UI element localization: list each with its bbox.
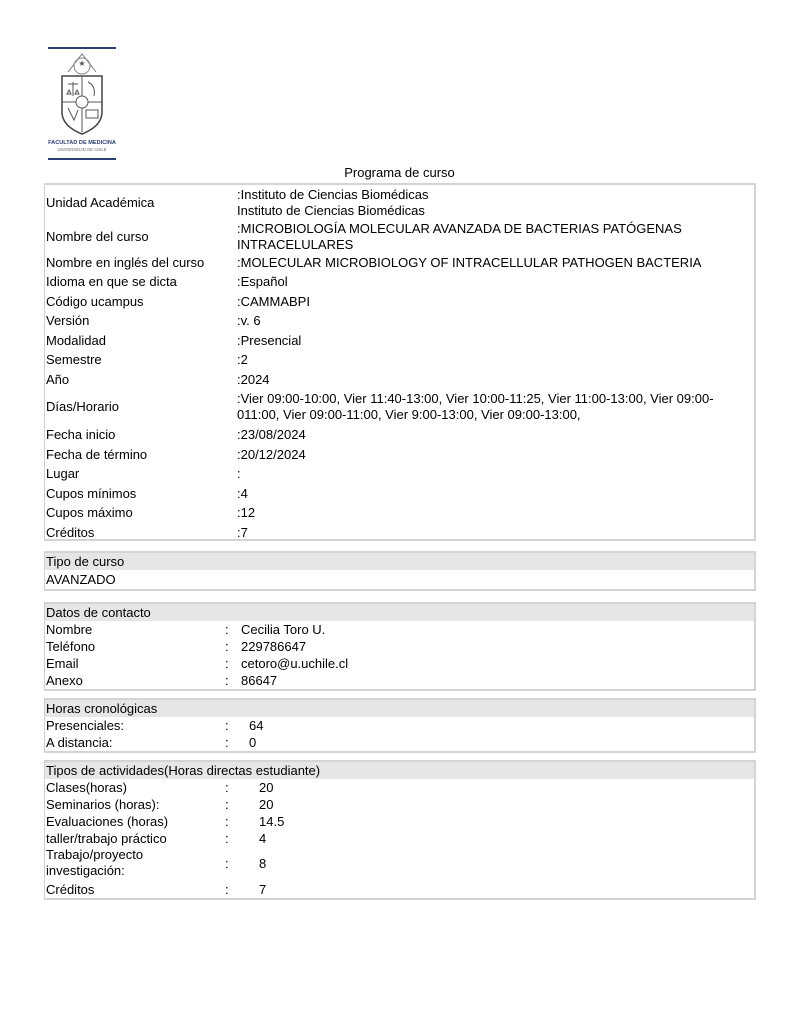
section-header: Horas cronológicas	[45, 700, 754, 717]
info-value: :7	[237, 525, 748, 541]
info-value: :CAMMABPI	[237, 294, 748, 310]
info-value: :Instituto de Ciencias BiomédicasInstitu…	[237, 187, 748, 219]
info-label: Nombre del curso	[46, 229, 149, 245]
section-header: Datos de contacto	[45, 604, 754, 621]
info-label: Fecha inicio	[46, 427, 115, 443]
activities-section: Tipos de actividades(Horas directas estu…	[44, 760, 756, 900]
kv-row: Teléfono:229786647	[45, 638, 754, 655]
info-value-line: :Vier 09:00-10:00, Vier 11:40-13:00, Vie…	[237, 391, 748, 407]
kv-label: A distancia:	[46, 734, 113, 751]
info-value-line: :	[237, 466, 748, 482]
kv-row: taller/trabajo práctico:4	[45, 830, 754, 847]
kv-separator: :	[225, 672, 229, 689]
info-label: Nombre en inglés del curso	[46, 255, 204, 271]
kv-label: Evaluaciones (horas)	[46, 813, 168, 830]
info-label: Lugar	[46, 466, 79, 482]
kv-value: 20	[259, 796, 273, 813]
info-value: :2024	[237, 372, 748, 388]
info-value-line: Instituto de Ciencias Biomédicas	[237, 203, 748, 219]
kv-row: Presenciales::64	[45, 717, 754, 734]
info-value: :Vier 09:00-10:00, Vier 11:40-13:00, Vie…	[237, 391, 748, 423]
kv-value: 86647	[241, 672, 277, 689]
info-value-line: :20/12/2024	[237, 447, 748, 463]
course-type-value: AVANZADO	[45, 570, 754, 589]
kv-label: Anexo	[46, 672, 83, 689]
info-value-line: :MOLECULAR MICROBIOLOGY OF INTRACELLULAR…	[237, 255, 748, 271]
kv-separator: :	[225, 655, 229, 672]
info-value-line: :MICROBIOLOGÍA MOLECULAR AVANZADA DE BAC…	[237, 221, 748, 237]
info-label: Semestre	[46, 352, 102, 368]
kv-label: Email	[46, 655, 79, 672]
kv-label: Teléfono	[46, 638, 95, 655]
kv-label: Presenciales:	[46, 717, 124, 734]
kv-value: 229786647	[241, 638, 306, 655]
info-value-line: :Español	[237, 274, 748, 290]
info-value-line: INTRACELULARES	[237, 237, 748, 253]
info-value-line: :23/08/2024	[237, 427, 748, 443]
document-title: Programa de curso	[44, 165, 755, 180]
kv-row: Clases(horas):20	[45, 779, 754, 796]
section-header: Tipo de curso	[45, 553, 754, 570]
faculty-logo: ★ FACULTAD DE MEDICINA UNIVERSIDAD DE CH…	[46, 46, 118, 162]
hours-section: Horas cronológicas Presenciales::64A dis…	[44, 698, 756, 753]
kv-value: 20	[259, 779, 273, 796]
svg-text:FACULTAD DE MEDICINA: FACULTAD DE MEDICINA	[48, 140, 116, 146]
info-label: Año	[46, 372, 69, 388]
info-value-line: :Instituto de Ciencias Biomédicas	[237, 187, 748, 203]
kv-label: Trabajo/proyecto investigación:	[46, 847, 166, 879]
info-label: Cupos mínimos	[46, 486, 136, 502]
kv-value: 8	[259, 855, 266, 872]
info-value-line: 011:00, Vier 09:00-11:00, Vier 9:00-13:0…	[237, 407, 748, 423]
info-value: :2	[237, 352, 748, 368]
kv-separator: :	[225, 855, 229, 872]
kv-separator: :	[225, 813, 229, 830]
info-value: :4	[237, 486, 748, 502]
kv-label: Clases(horas)	[46, 779, 127, 796]
info-label: Unidad Académica	[46, 195, 154, 211]
kv-separator: :	[225, 881, 229, 898]
university-crest-icon: ★ FACULTAD DE MEDICINA UNIVERSIDAD DE CH…	[46, 46, 118, 162]
svg-text:UNIVERSIDAD DE CHILE: UNIVERSIDAD DE CHILE	[57, 147, 106, 152]
kv-value: cetoro@u.uchile.cl	[241, 655, 348, 672]
info-value-line: :Presencial	[237, 333, 748, 349]
info-value: :MOLECULAR MICROBIOLOGY OF INTRACELLULAR…	[237, 255, 748, 271]
kv-separator: :	[225, 796, 229, 813]
info-value: :20/12/2024	[237, 447, 748, 463]
kv-separator: :	[225, 717, 229, 734]
kv-row: Trabajo/proyecto investigación::8	[45, 847, 754, 881]
kv-label: Seminarios (horas):	[46, 796, 159, 813]
course-type-section: Tipo de curso AVANZADO	[44, 551, 756, 591]
kv-row: Seminarios (horas)::20	[45, 796, 754, 813]
kv-value: Cecilia Toro U.	[241, 621, 325, 638]
info-value-line: :v. 6	[237, 313, 748, 329]
info-value: :12	[237, 505, 748, 521]
info-value: :Presencial	[237, 333, 748, 349]
kv-row: Email:cetoro@u.uchile.cl	[45, 655, 754, 672]
kv-value: 4	[259, 830, 266, 847]
kv-value: 0	[249, 734, 256, 751]
kv-label: taller/trabajo práctico	[46, 830, 167, 847]
kv-separator: :	[225, 621, 229, 638]
course-info-table: Unidad Académica:Instituto de Ciencias B…	[44, 183, 756, 541]
section-header: Tipos de actividades(Horas directas estu…	[45, 762, 754, 779]
kv-separator: :	[225, 734, 229, 751]
kv-value: 14.5	[259, 813, 284, 830]
info-value-line: :2024	[237, 372, 748, 388]
kv-row: Anexo:86647	[45, 672, 754, 689]
info-label: Créditos	[46, 525, 94, 541]
kv-label: Nombre	[46, 621, 92, 638]
kv-separator: :	[225, 779, 229, 796]
kv-separator: :	[225, 830, 229, 847]
info-label: Días/Horario	[46, 399, 119, 415]
info-value: :23/08/2024	[237, 427, 748, 443]
info-value: :	[237, 466, 748, 482]
info-value-line: :12	[237, 505, 748, 521]
kv-row: Nombre:Cecilia Toro U.	[45, 621, 754, 638]
info-value-line: :7	[237, 525, 748, 541]
kv-row: A distancia::0	[45, 734, 754, 751]
kv-separator: :	[225, 638, 229, 655]
info-label: Versión	[46, 313, 89, 329]
info-value: :Español	[237, 274, 748, 290]
kv-row: Evaluaciones (horas):14.5	[45, 813, 754, 830]
info-label: Modalidad	[46, 333, 106, 349]
info-value-line: :4	[237, 486, 748, 502]
kv-row: Créditos:7	[45, 881, 754, 898]
info-label: Cupos máximo	[46, 505, 133, 521]
info-value: :MICROBIOLOGÍA MOLECULAR AVANZADA DE BAC…	[237, 221, 748, 253]
info-value-line: :2	[237, 352, 748, 368]
info-value-line: :CAMMABPI	[237, 294, 748, 310]
info-label: Idioma en que se dicta	[46, 274, 177, 290]
contact-section: Datos de contacto Nombre:Cecilia Toro U.…	[44, 602, 756, 691]
kv-value: 64	[249, 717, 263, 734]
kv-value: 7	[259, 881, 266, 898]
info-label: Código ucampus	[46, 294, 144, 310]
svg-text:★: ★	[78, 59, 85, 68]
info-label: Fecha de término	[46, 447, 147, 463]
info-value: :v. 6	[237, 313, 748, 329]
kv-label: Créditos	[46, 881, 94, 898]
